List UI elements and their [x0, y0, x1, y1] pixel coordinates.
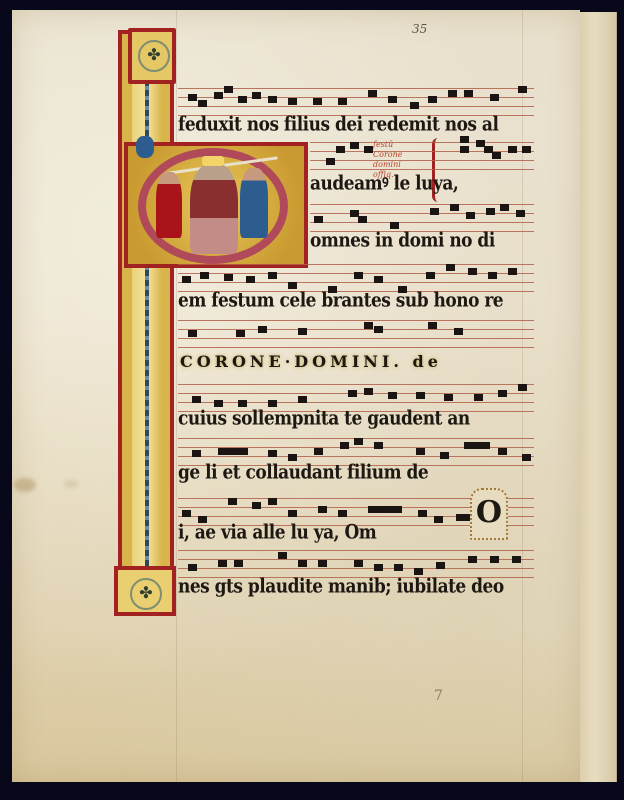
stain [64, 480, 78, 488]
stain [14, 478, 36, 492]
music-system-1: feduxit nos filius dei redemit nos al [178, 86, 534, 122]
staff [178, 318, 534, 354]
pencil-mark: 7 [434, 688, 443, 704]
lyric-line: cuius sollempnita te gaudent an [178, 407, 534, 430]
folio-number: 35 [412, 22, 427, 36]
music-system-7: ge li et collaudant filium de [178, 436, 534, 472]
crown-icon [202, 156, 224, 166]
music-system-3: omnes in domi no di [310, 202, 534, 238]
figure-blue-robed [240, 168, 268, 238]
lyric-line: omnes in domi no di [310, 229, 534, 252]
underlying-leaf-edge [580, 12, 617, 782]
historiated-miniature [124, 142, 308, 268]
initial-top-terminal: ✤ [128, 28, 176, 84]
music-system-4: em festum cele brantes sub hono re [178, 262, 534, 298]
rosette-icon: ✤ [138, 40, 170, 72]
music-system-2: audeamꝰ le luya, [310, 140, 534, 176]
figure-red-robed [156, 172, 182, 238]
lyric-line: audeamꝰ le luya, [310, 169, 534, 195]
lyric-line: em festum cele brantes sub hono re [178, 289, 534, 312]
figure-crowned-seated [190, 164, 238, 254]
lyric-line: nes gts plaudite manib; iubilate deo [178, 575, 534, 598]
dragon-grotesque [136, 136, 154, 158]
small-initial: O [470, 488, 508, 540]
initial-foot-terminal: ✤ [114, 566, 176, 616]
gold-ground [128, 146, 304, 264]
display-capitals: CORONE·DOMINI. de [180, 352, 442, 371]
rosette-icon: ✤ [130, 578, 162, 610]
lyric-line: ge li et collaudant filium de [178, 461, 534, 484]
music-system-6: cuius sollempnita te gaudent an [178, 382, 534, 418]
lyric-line: feduxit nos filius dei redemit nos al [178, 113, 534, 136]
ruling-line [176, 10, 177, 782]
music-system-9: nes gts plaudite manib; iubilate deo [178, 548, 534, 584]
music-system-5 [178, 318, 534, 354]
